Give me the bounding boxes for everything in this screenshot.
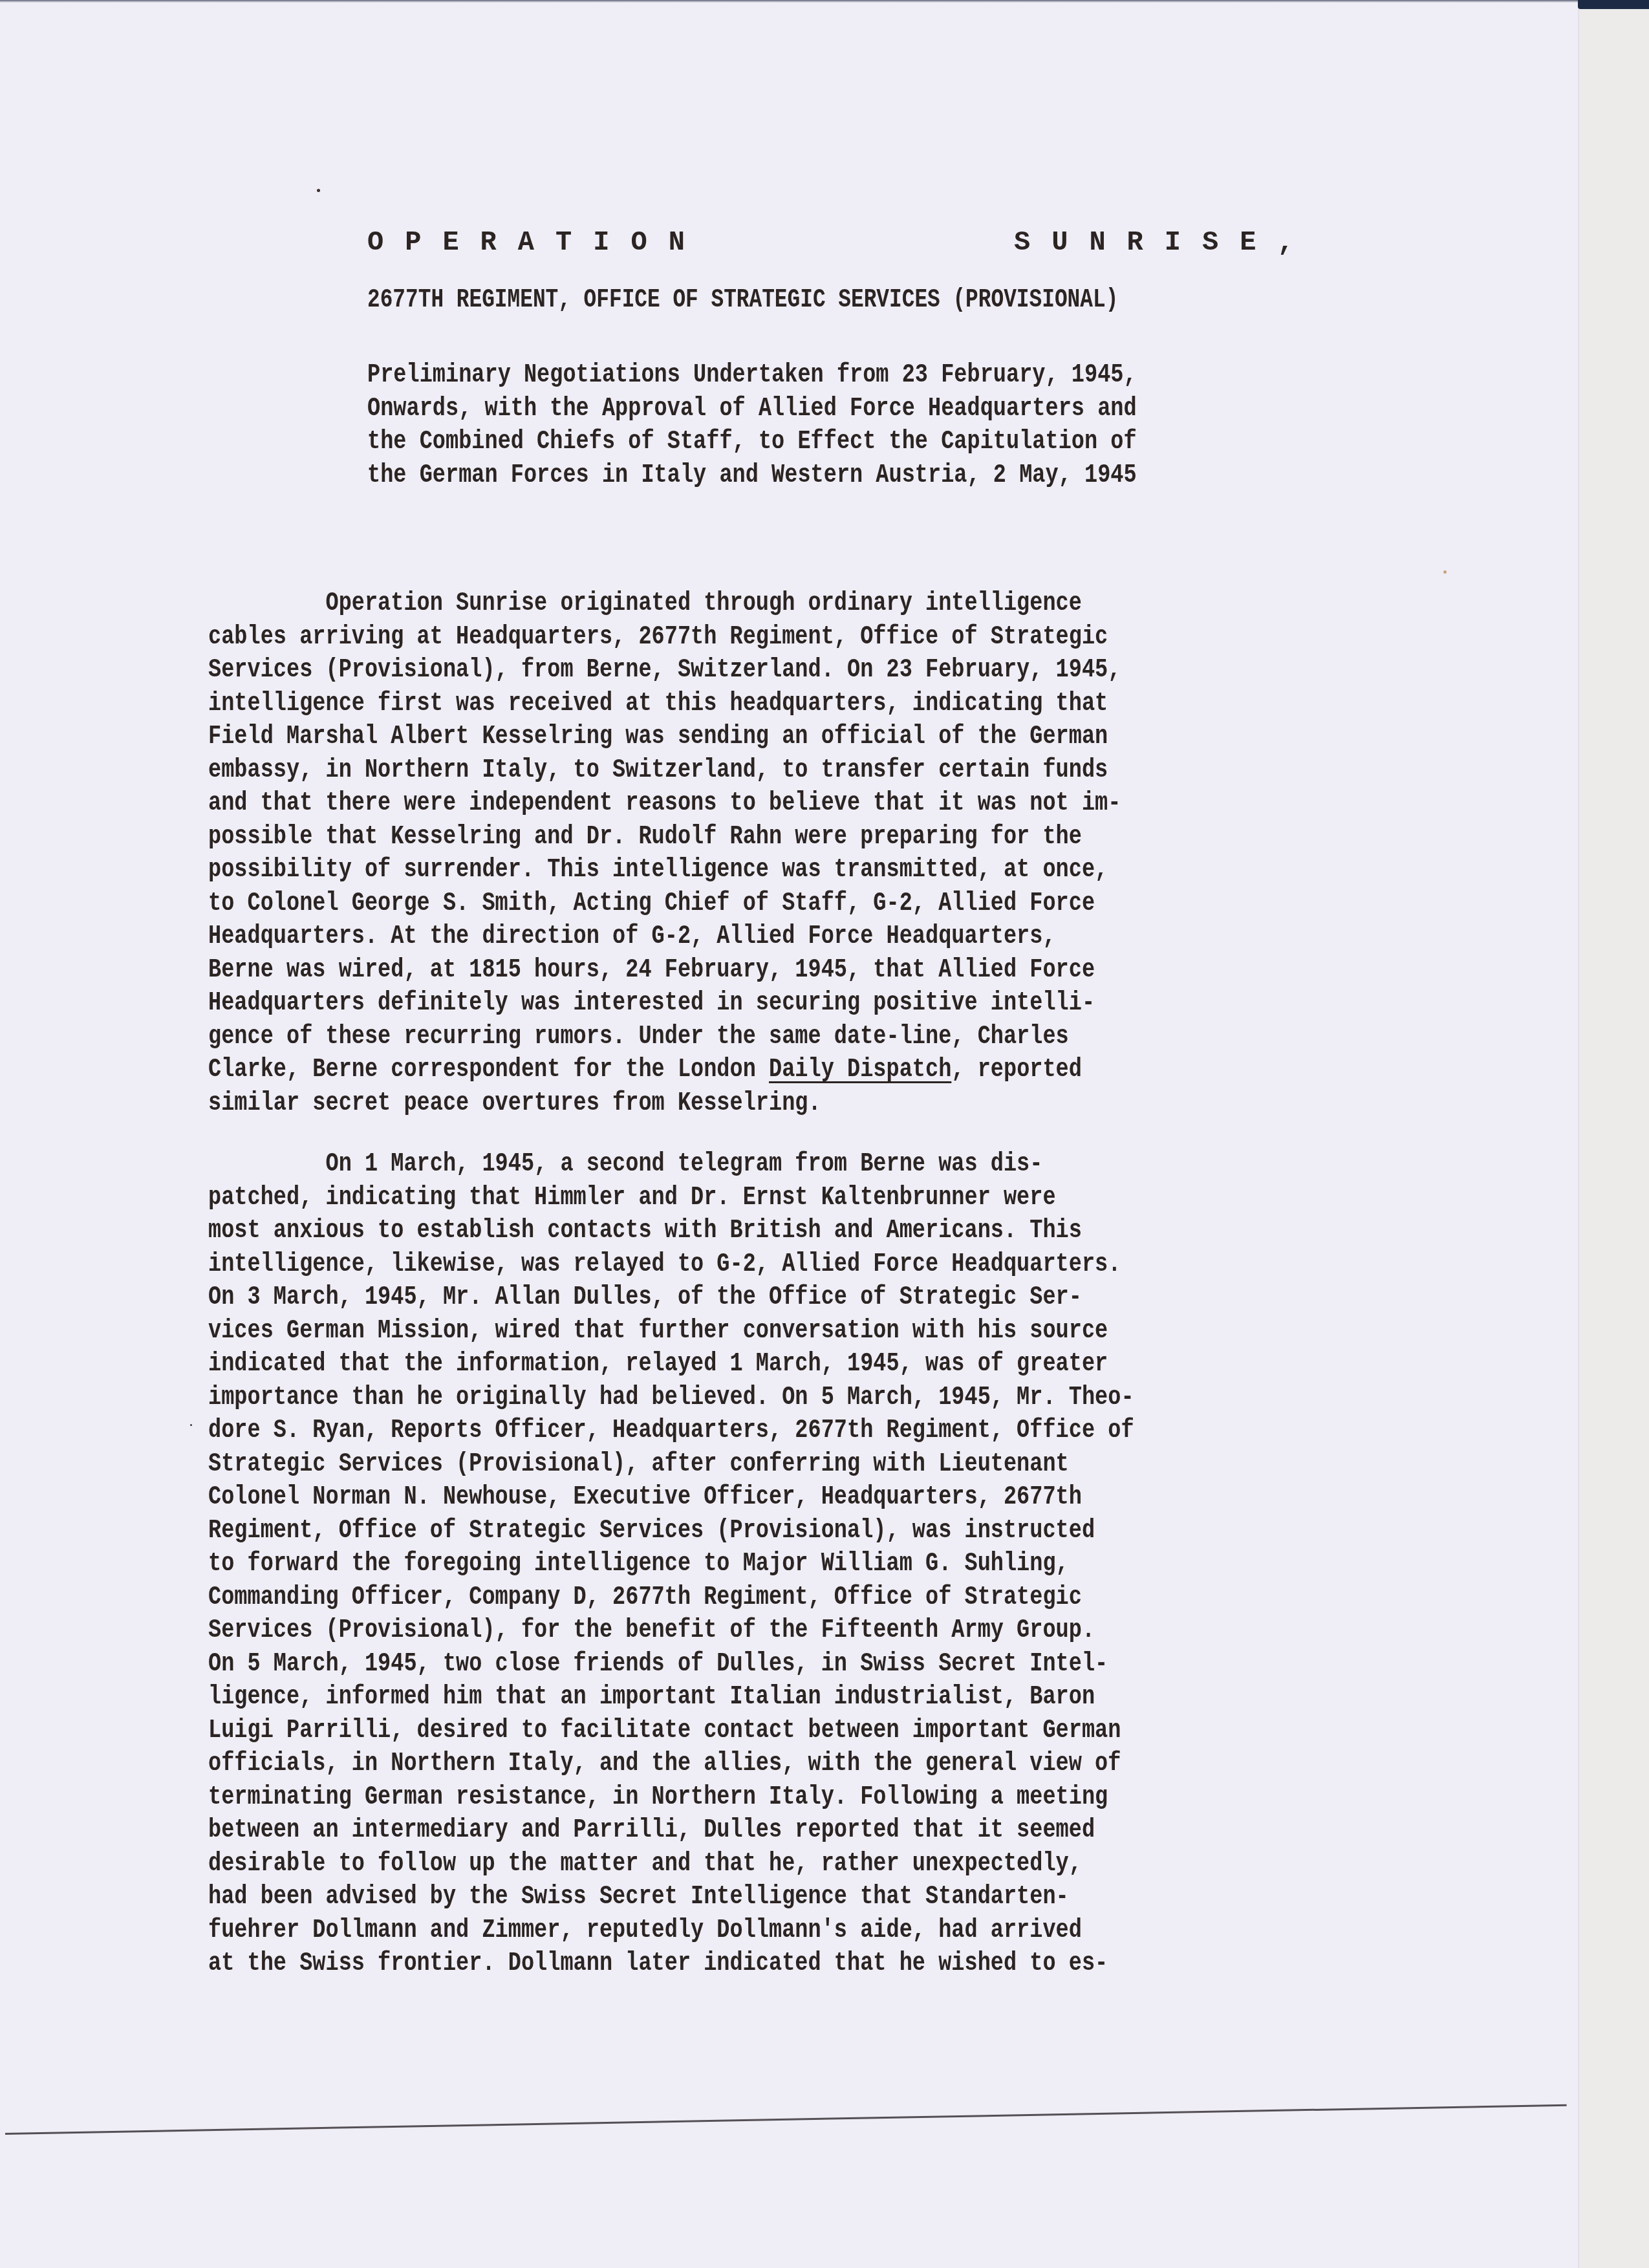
text-line: officials, in Northern Italy, and the al… (208, 1747, 1186, 1781)
text-line: at the Swiss frontier. Dollmann later in… (208, 1947, 1186, 1981)
text-line: Luigi Parrilli, desired to facilitate co… (208, 1714, 1186, 1748)
text-line: and that there were independent reasons … (208, 787, 1186, 821)
text-line: Operation Sunrise originated through ord… (208, 587, 1186, 621)
summary-line: Preliminary Negotiations Undertaken from… (367, 359, 1182, 393)
scanner-corner-shadow (1578, 0, 1649, 9)
text-line: cables arriving at Headquarters, 2677th … (208, 621, 1186, 654)
text-line-with-underline: Clarke, Berne correspondent for the Lond… (208, 1053, 1186, 1087)
text-line: patched, indicating that Himmler and Dr.… (208, 1182, 1186, 1215)
text-line: Services (Provisional), from Berne, Swit… (208, 654, 1186, 687)
text-line: embassy, in Northern Italy, to Switzerla… (208, 754, 1186, 788)
text-line: Strategic Services (Provisional), after … (208, 1448, 1186, 1482)
ink-speck (317, 189, 320, 192)
text-line: intelligence first was received at this … (208, 687, 1186, 721)
summary-line: Onwards, with the Approval of Allied For… (367, 393, 1182, 426)
body-paragraph-1: Operation Sunrise originated through ord… (208, 587, 1372, 1120)
newspaper-title-underlined: Daily Dispatch (769, 1055, 951, 1085)
page-footer-rule (5, 2104, 1567, 2135)
text-line: fuehrer Dollmann and Zimmer, reputedly D… (208, 1914, 1186, 1948)
text-line: Berne was wired, at 1815 hours, 24 Febru… (208, 954, 1186, 988)
text-line: possibility of surrender. This intellige… (208, 854, 1186, 887)
text-line: On 3 March, 1945, Mr. Allan Dulles, of t… (208, 1281, 1186, 1315)
text-line: importance than he originally had believ… (208, 1381, 1186, 1415)
text-line: indicated that the information, relayed … (208, 1348, 1186, 1381)
text-line: possible that Kesselring and Dr. Rudolf … (208, 821, 1186, 854)
text-line: On 1 March, 1945, a second telegram from… (208, 1148, 1186, 1182)
text-line: had been advised by the Swiss Secret Int… (208, 1881, 1186, 1914)
scanner-bed-edge (1578, 0, 1649, 2268)
document-title: OPERATION SUNRISE, (367, 226, 1324, 259)
title-sunrise: SUNRISE, (1014, 226, 1315, 259)
scan-top-edge (0, 0, 1578, 3)
text-line: between an intermediary and Parrilli, Du… (208, 1814, 1186, 1848)
text-line: intelligence, likewise, was relayed to G… (208, 1248, 1186, 1282)
text-line: On 5 March, 1945, two close friends of D… (208, 1648, 1186, 1681)
summary-line: the Combined Chiefs of Staff, to Effect … (367, 426, 1182, 459)
text-line: desirable to follow up the matter and th… (208, 1848, 1186, 1881)
text-line: most anxious to establish contacts with … (208, 1215, 1186, 1248)
text-line: ligence, informed him that an important … (208, 1681, 1186, 1714)
text-line: Headquarters definitely was interested i… (208, 987, 1186, 1021)
text-line: to Colonel George S. Smith, Acting Chief… (208, 887, 1186, 921)
text-line: Commanding Officer, Company D, 2677th Re… (208, 1581, 1186, 1615)
text-line: vices German Mission, wired that further… (208, 1315, 1186, 1348)
text-line: Headquarters. At the direction of G-2, A… (208, 920, 1186, 954)
ink-speck (190, 1424, 192, 1426)
text-line: Field Marshal Albert Kesselring was send… (208, 720, 1186, 754)
text-segment: Clarke, Berne correspondent for the Lond… (208, 1055, 769, 1085)
text-line: Regiment, Office of Strategic Services (… (208, 1515, 1186, 1548)
summary-line: the German Forces in Italy and Western A… (367, 459, 1182, 493)
document-page: OPERATION SUNRISE, 2677TH REGIMENT, OFFI… (0, 0, 1578, 2268)
text-line: terminating German resistance, in Northe… (208, 1781, 1186, 1815)
text-line: gence of these recurring rumors. Under t… (208, 1021, 1186, 1054)
ink-speck (1443, 570, 1447, 574)
text-segment: , reported (951, 1055, 1082, 1085)
text-line: dore S. Ryan, Reports Officer, Headquart… (208, 1414, 1186, 1448)
title-operation: OPERATION (367, 226, 706, 259)
text-line: similar secret peace overtures from Kess… (208, 1087, 1186, 1121)
text-line: Colonel Norman N. Newhouse, Executive Of… (208, 1481, 1186, 1515)
preliminary-summary: Preliminary Negotiations Undertaken from… (367, 359, 1337, 492)
body-paragraph-2: On 1 March, 1945, a second telegram from… (208, 1148, 1372, 1981)
text-line: Services (Provisional), for the benefit … (208, 1614, 1186, 1648)
text-line: to forward the foregoing intelligence to… (208, 1548, 1186, 1581)
document-subtitle: 2677TH REGIMENT, OFFICE OF STRATEGIC SER… (367, 285, 1118, 317)
